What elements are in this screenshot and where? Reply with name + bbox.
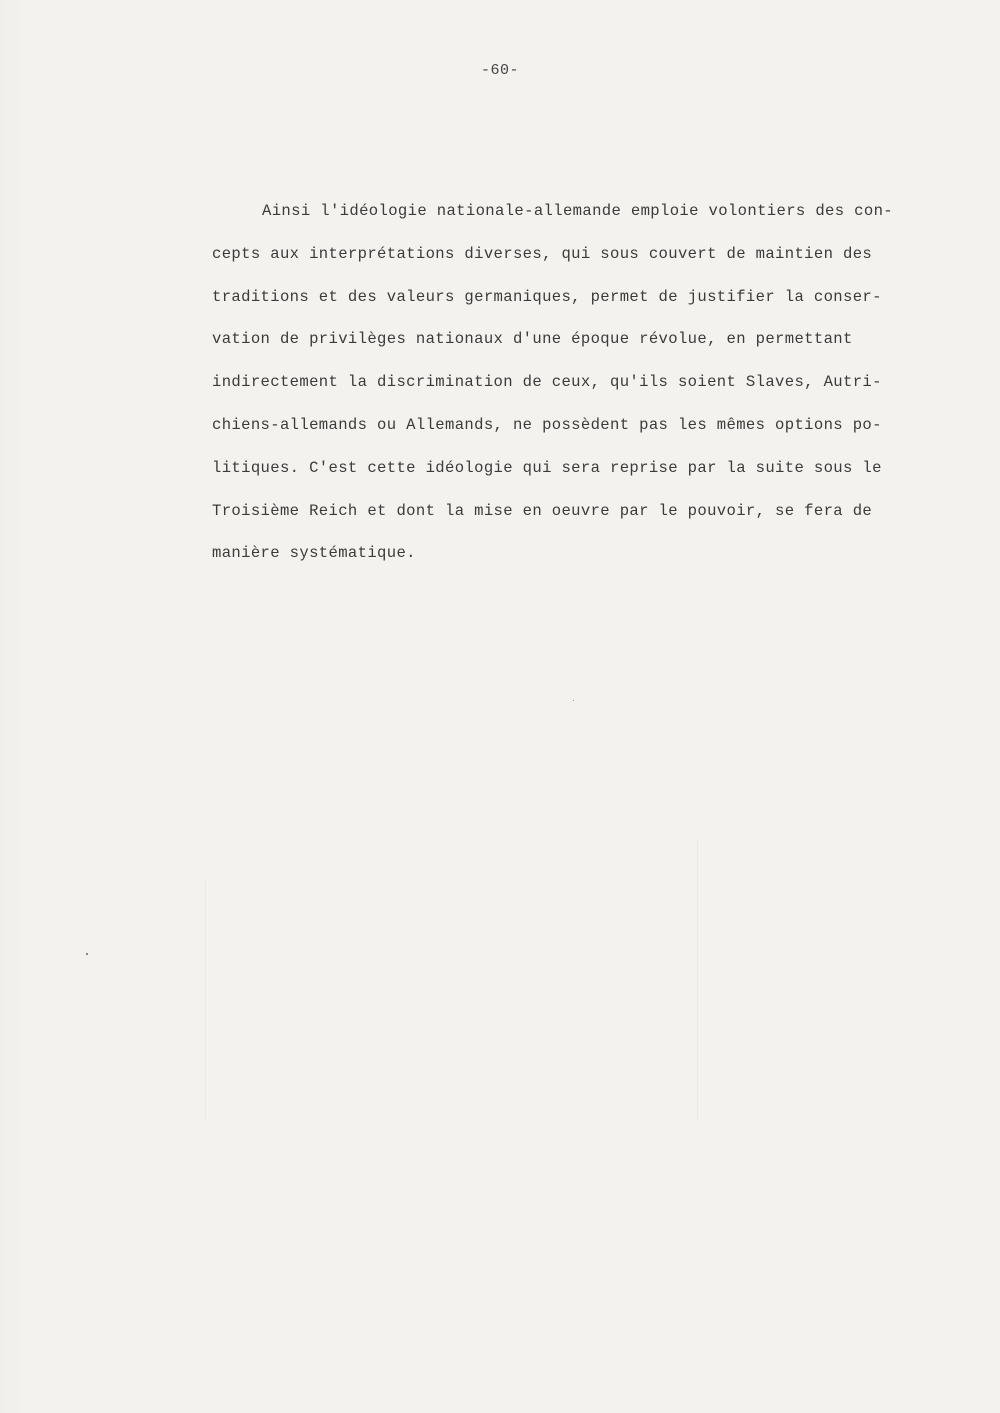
text-line: traditions et des valeurs germaniques, p… <box>212 284 952 327</box>
scan-artifact <box>697 840 698 1120</box>
scan-speck <box>86 953 88 955</box>
document-page: -60- Ainsi l'idéologie nationale-alleman… <box>0 0 1000 1413</box>
text-line: Ainsi l'idéologie nationale-allemande em… <box>212 198 952 241</box>
page-number: -60- <box>0 62 1000 79</box>
text-line: Troisième Reich et dont la mise en oeuvr… <box>212 498 952 541</box>
paragraph: Ainsi l'idéologie nationale-allemande em… <box>212 198 952 583</box>
text-line: chiens-allemands ou Allemands, ne possèd… <box>212 412 952 455</box>
text-line: indirectement la discrimination de ceux,… <box>212 369 952 412</box>
text-line: cepts aux interprétations diverses, qui … <box>212 241 952 284</box>
text-line: vation de privilèges nationaux d'une épo… <box>212 326 952 369</box>
text-line: manière systématique. <box>212 540 952 583</box>
scan-speck <box>573 700 574 701</box>
scan-artifact <box>205 880 206 1120</box>
text-line: litiques. C'est cette idéologie qui sera… <box>212 455 952 498</box>
